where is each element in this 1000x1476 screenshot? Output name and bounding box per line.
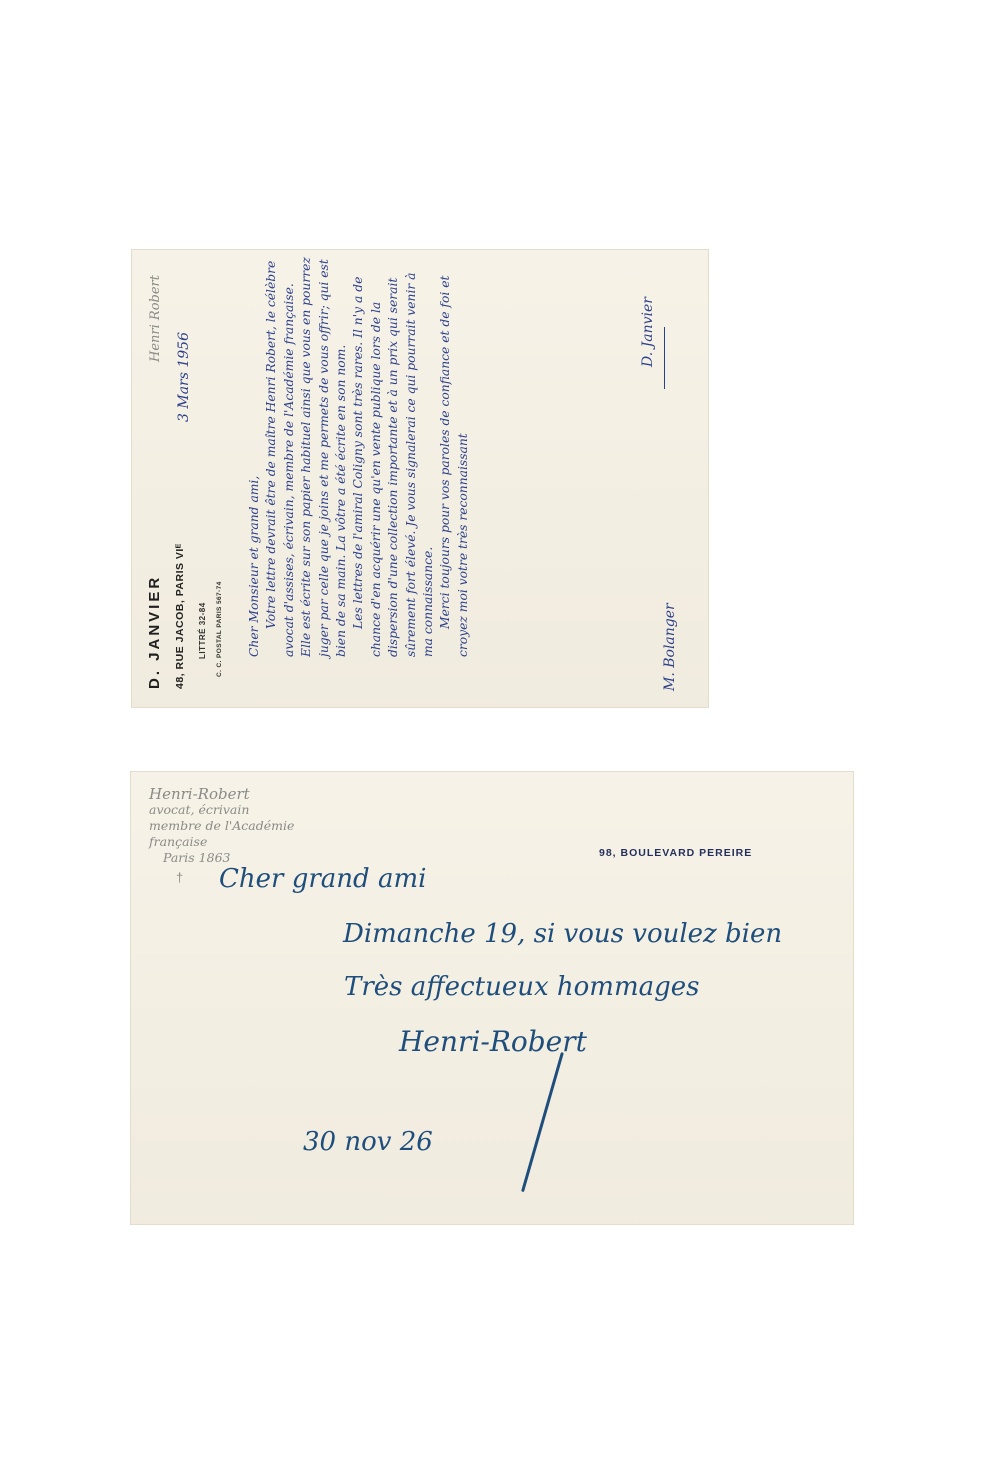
recipient-note: M. Bolanger	[662, 603, 678, 691]
signature: D. Janvier	[640, 297, 656, 367]
letterhead-address: 98, BOULEVARD PEREIRE	[599, 847, 752, 859]
signature: Henri-Robert	[399, 1025, 587, 1058]
henri-robert-card-sheet: Henri-Robert avocat, écrivain membre de …	[131, 772, 853, 1224]
body-paragraph: Merci toujours pour vos paroles de confi…	[437, 257, 472, 657]
body-paragraph: Les lettres de l'amiral Coligny sont trè…	[350, 257, 437, 657]
signature-flourish	[521, 1052, 564, 1192]
pencil-annotation-block: Henri-Robert avocat, écrivain membre de …	[149, 786, 294, 866]
salutation: Cher Monsieur et grand ami,	[246, 257, 263, 657]
letterhead-phone: LITTRÉ 32-84	[198, 602, 207, 659]
letter-body: Cher Monsieur et grand ami, Votre lettre…	[246, 257, 472, 657]
letterhead-name: D. JANVIER	[146, 575, 163, 689]
letterhead-postal-account: C. C. POSTAL PARIS 567-74	[216, 581, 223, 677]
greeting: Cher grand ami	[219, 864, 426, 894]
janvier-letter-rotated-content: D. JANVIER 48, RUE JACOB, PARIS VIᴱ LITT…	[132, 250, 708, 707]
pencil-line: membre de l'Académie	[149, 818, 294, 834]
letter-date: 3 Mars 1956	[176, 332, 192, 422]
pencil-line: française	[149, 834, 294, 850]
body-paragraph: Votre lettre devrait être de maître Henr…	[263, 257, 350, 657]
janvier-letter-sheet: D. JANVIER 48, RUE JACOB, PARIS VIᴱ LITT…	[132, 250, 708, 707]
pencil-line: avocat, écrivain	[149, 802, 294, 818]
message-line: Dimanche 19, si vous voulez bien	[343, 919, 782, 949]
message-line: Très affectueux hommages	[344, 972, 699, 1002]
death-cross-icon: †	[176, 870, 183, 885]
signature-underline	[664, 327, 665, 389]
letter-date: 30 nov 26	[303, 1127, 433, 1157]
pencil-annotation: Henri Robert	[148, 275, 163, 362]
pencil-name: Henri-Robert	[149, 786, 294, 802]
letterhead-address: 48, RUE JACOB, PARIS VIᴱ	[174, 543, 186, 689]
